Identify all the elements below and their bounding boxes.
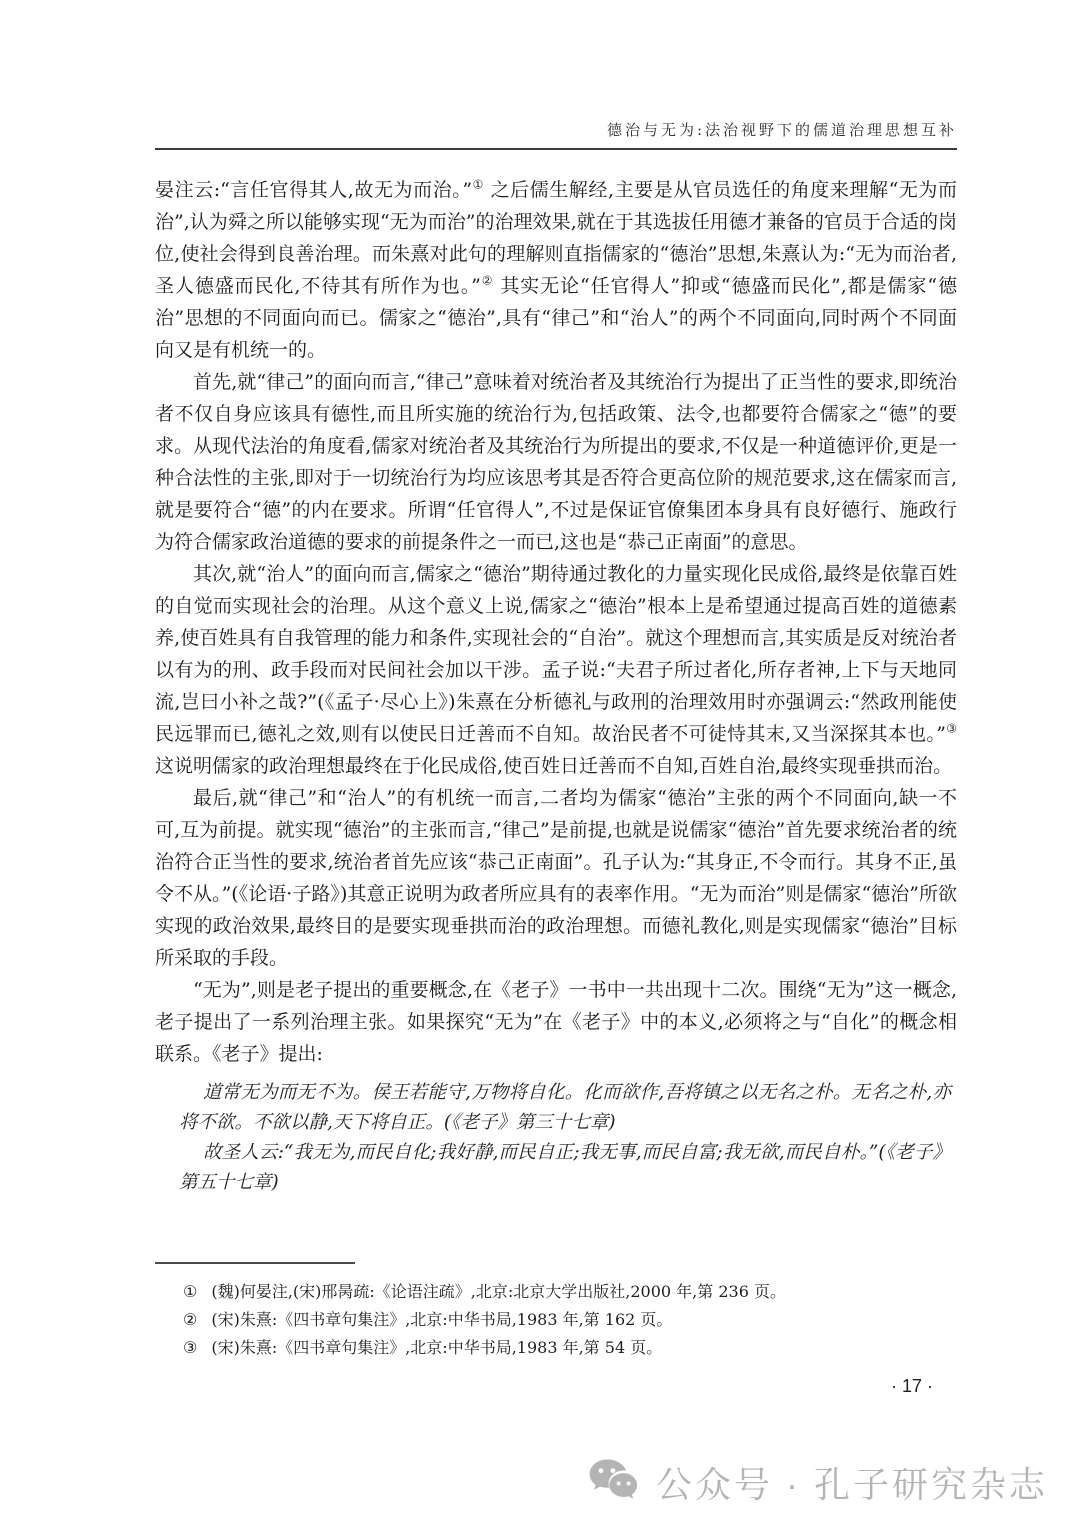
footnote-divider bbox=[155, 1262, 355, 1264]
footnote-text-2: (宋)朱熹:《四书章句集注》,北京:中华书局,1983 年,第 162 页。 bbox=[211, 1310, 672, 1329]
footnote-text-1: (魏)何晏注,(宋)邢昺疏:《论语注疏》,北京:北京大学出版社,2000 年,第… bbox=[211, 1282, 786, 1301]
body-paragraph-3: 其次,就“治人”的面向而言,儒家之“德治”期待通过教化的力量实现化民成俗,最终是… bbox=[155, 558, 957, 782]
body-paragraph-1: 晏注云:“言任官得其人,故无为而治。”① 之后儒生解经,主要是从官员选任的角度来… bbox=[155, 174, 957, 366]
article-body: 晏注云:“言任官得其人,故无为而治。”① 之后儒生解经,主要是从官员选任的角度来… bbox=[155, 174, 957, 1198]
footnote-item-1: ①(魏)何晏注,(宋)邢昺疏:《论语注疏》,北京:北京大学出版社,2000 年,… bbox=[183, 1278, 957, 1306]
footnote-ref: ① bbox=[472, 178, 484, 192]
quote-laozi-ch37: 道常无为而无不为。侯王若能守,万物将自化。化而欲作,吾将镇之以无名之朴。无名之朴… bbox=[179, 1078, 951, 1138]
watermark: 公众号 · 孔子研究杂志 bbox=[588, 1457, 1048, 1508]
footnote-marker-3: ③ bbox=[183, 1338, 197, 1357]
header-rule bbox=[155, 148, 957, 150]
watermark-text: 公众号 · 孔子研究杂志 bbox=[656, 1457, 1048, 1508]
running-title: 德治与无为:法治视野下的儒道治理思想互补 bbox=[155, 120, 957, 140]
body-paragraph-4: 最后,就“律己”和“治人”的有机统一而言,二者均为儒家“德治”主张的两个不同面向… bbox=[155, 782, 957, 974]
block-quotes: 道常无为而无不为。侯王若能守,万物将自化。化而欲作,吾将镇之以无名之朴。无名之朴… bbox=[155, 1078, 957, 1198]
footnotes-list: ①(魏)何晏注,(宋)邢昺疏:《论语注疏》,北京:北京大学出版社,2000 年,… bbox=[155, 1278, 957, 1362]
footnote-text-3: (宋)朱熹:《四书章句集注》,北京:中华书局,1983 年,第 54 页。 bbox=[211, 1338, 662, 1357]
footer-area: ①(魏)何晏注,(宋)邢昺疏:《论语注疏》,北京:北京大学出版社,2000 年,… bbox=[155, 1262, 957, 1397]
page-content: 德治与无为:法治视野下的儒道治理思想互补 晏注云:“言任官得其人,故无为而治。”… bbox=[155, 120, 957, 1198]
body-paragraph-5: “无为”,则是老子提出的重要概念,在《老子》一书中一共出现十二次。围绕“无为”这… bbox=[155, 974, 957, 1070]
quote-laozi-ch57: 故圣人云:“我无为,而民自化;我好静,而民自正;我无事,而民自富;我无欲,而民自… bbox=[179, 1138, 951, 1198]
body-paragraph-2: 首先,就“律己”的面向而言,“律己”意味着对统治者及其统治行为提出了正当性的要求… bbox=[155, 366, 957, 558]
footnote-item-2: ②(宋)朱熹:《四书章句集注》,北京:中华书局,1983 年,第 162 页。 bbox=[183, 1306, 957, 1334]
wechat-icon bbox=[588, 1458, 642, 1508]
footnote-item-3: ③(宋)朱熹:《四书章句集注》,北京:中华书局,1983 年,第 54 页。 bbox=[183, 1334, 957, 1362]
document-page: 德治与无为:法治视野下的儒道治理思想互补 晏注云:“言任官得其人,故无为而治。”… bbox=[0, 0, 1080, 1526]
footnote-marker-1: ① bbox=[183, 1282, 197, 1301]
page-number: · 17 · bbox=[155, 1376, 957, 1397]
footnote-ref: ③ bbox=[946, 722, 957, 736]
footnote-ref: ② bbox=[481, 274, 494, 288]
footnote-marker-2: ② bbox=[183, 1310, 197, 1329]
